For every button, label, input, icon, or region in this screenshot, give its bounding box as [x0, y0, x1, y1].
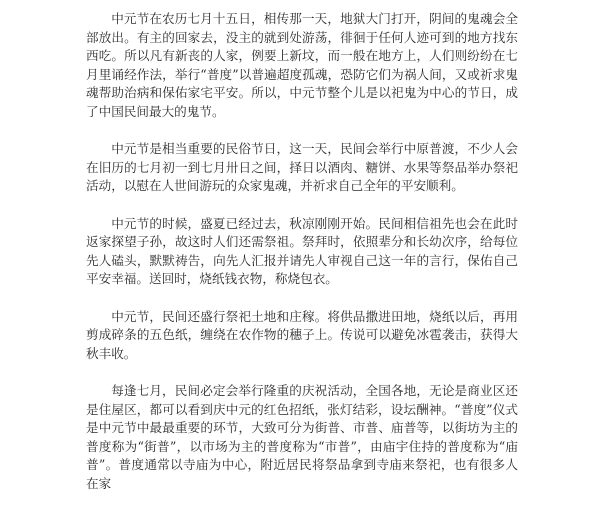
paragraph-1: 中元节在农历七月十五日，相传那一天，地狱大门打开，阴间的鬼魂会全部放出。有主的回…	[86, 10, 518, 121]
document-page: 中元节在农历七月十五日，相传那一天，地狱大门打开，阴间的鬼魂会全部放出。有主的回…	[86, 10, 518, 400]
paragraph-5: 每逢七月，民间必定会举行隆重的庆祝活动，全国各地，无论是商业区还是住屋区，都可以…	[86, 382, 518, 400]
paragraph-4: 中元节，民间还盛行祭祀土地和庄稼。将供品撒进田地，烧纸以后，再用剪成碎条的五色纸…	[86, 308, 518, 364]
paragraph-3: 中元节的时候，盛夏已经过去，秋凉刚刚开始。民间相信祖先也会在此时返家探望子孙，故…	[86, 215, 518, 289]
paragraph-2: 中元节是相当重要的民俗节日，这一天，民间会举行中原普渡，不少人会在旧历的七月初一…	[86, 140, 518, 196]
